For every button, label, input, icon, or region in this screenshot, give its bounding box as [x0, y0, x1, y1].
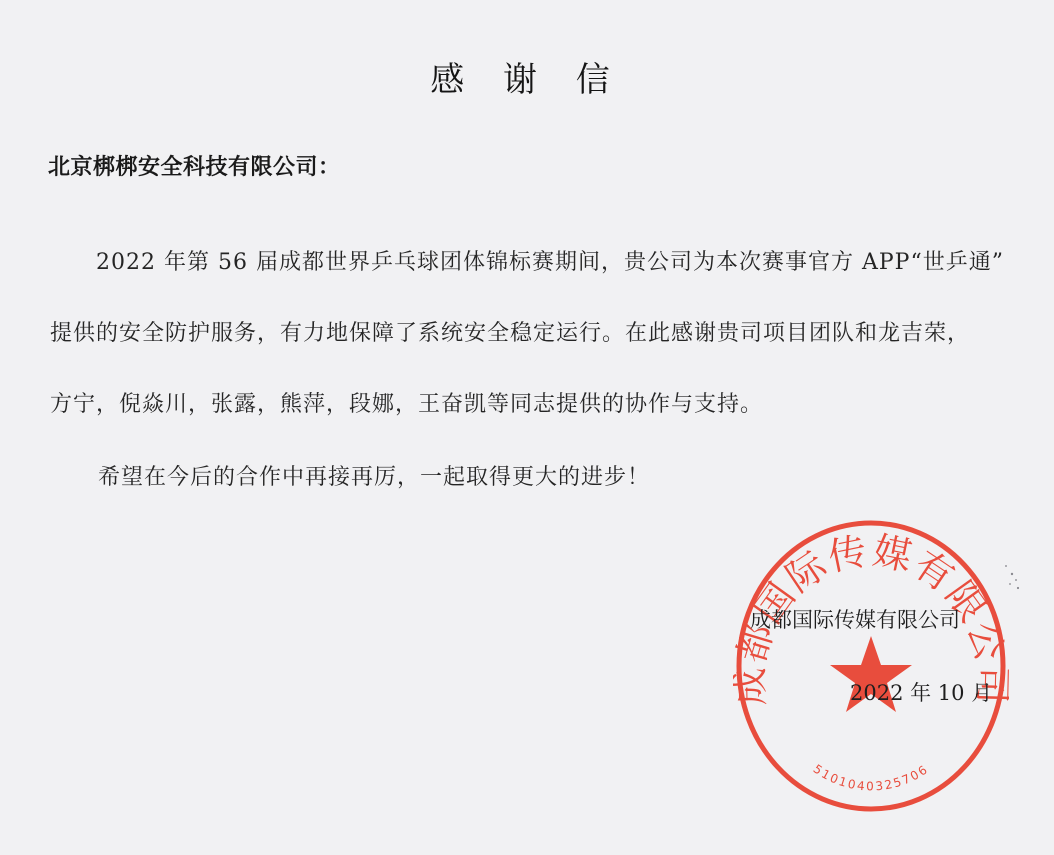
- stamp-serial: 5101040325706: [811, 762, 932, 794]
- signature-organization: 成都国际传媒有限公司: [750, 604, 960, 634]
- thank-you-letter: 感 谢 信 北京梆梆安全科技有限公司： 2022 年第 56 届成都世界乒乓球团…: [0, 0, 1054, 855]
- letter-body-line-3: 方宁，倪焱川，张露，熊萍，段娜，王奋凯等同志提供的协作与支持。: [50, 387, 763, 418]
- letter-body-line-2: 提供的安全防护服务，有力地保障了系统安全稳定运行。在此感谢贵司项目团队和龙吉荣，: [50, 316, 970, 347]
- letter-body-line-1: 2022 年第 56 届成都世界乒乓球团体锦标赛期间，贵公司为本次赛事官方 AP…: [96, 245, 1004, 276]
- signature-date: 2022 年 10 月: [850, 677, 992, 707]
- letter-body-line-4: 希望在今后的合作中再接再厉，一起取得更大的进步！: [98, 460, 650, 491]
- letter-title: 感 谢 信: [0, 52, 1054, 101]
- letter-salutation: 北京梆梆安全科技有限公司：: [48, 150, 341, 181]
- official-seal-stamp: 成都国际传媒有限公司 5101040325706: [733, 518, 1009, 814]
